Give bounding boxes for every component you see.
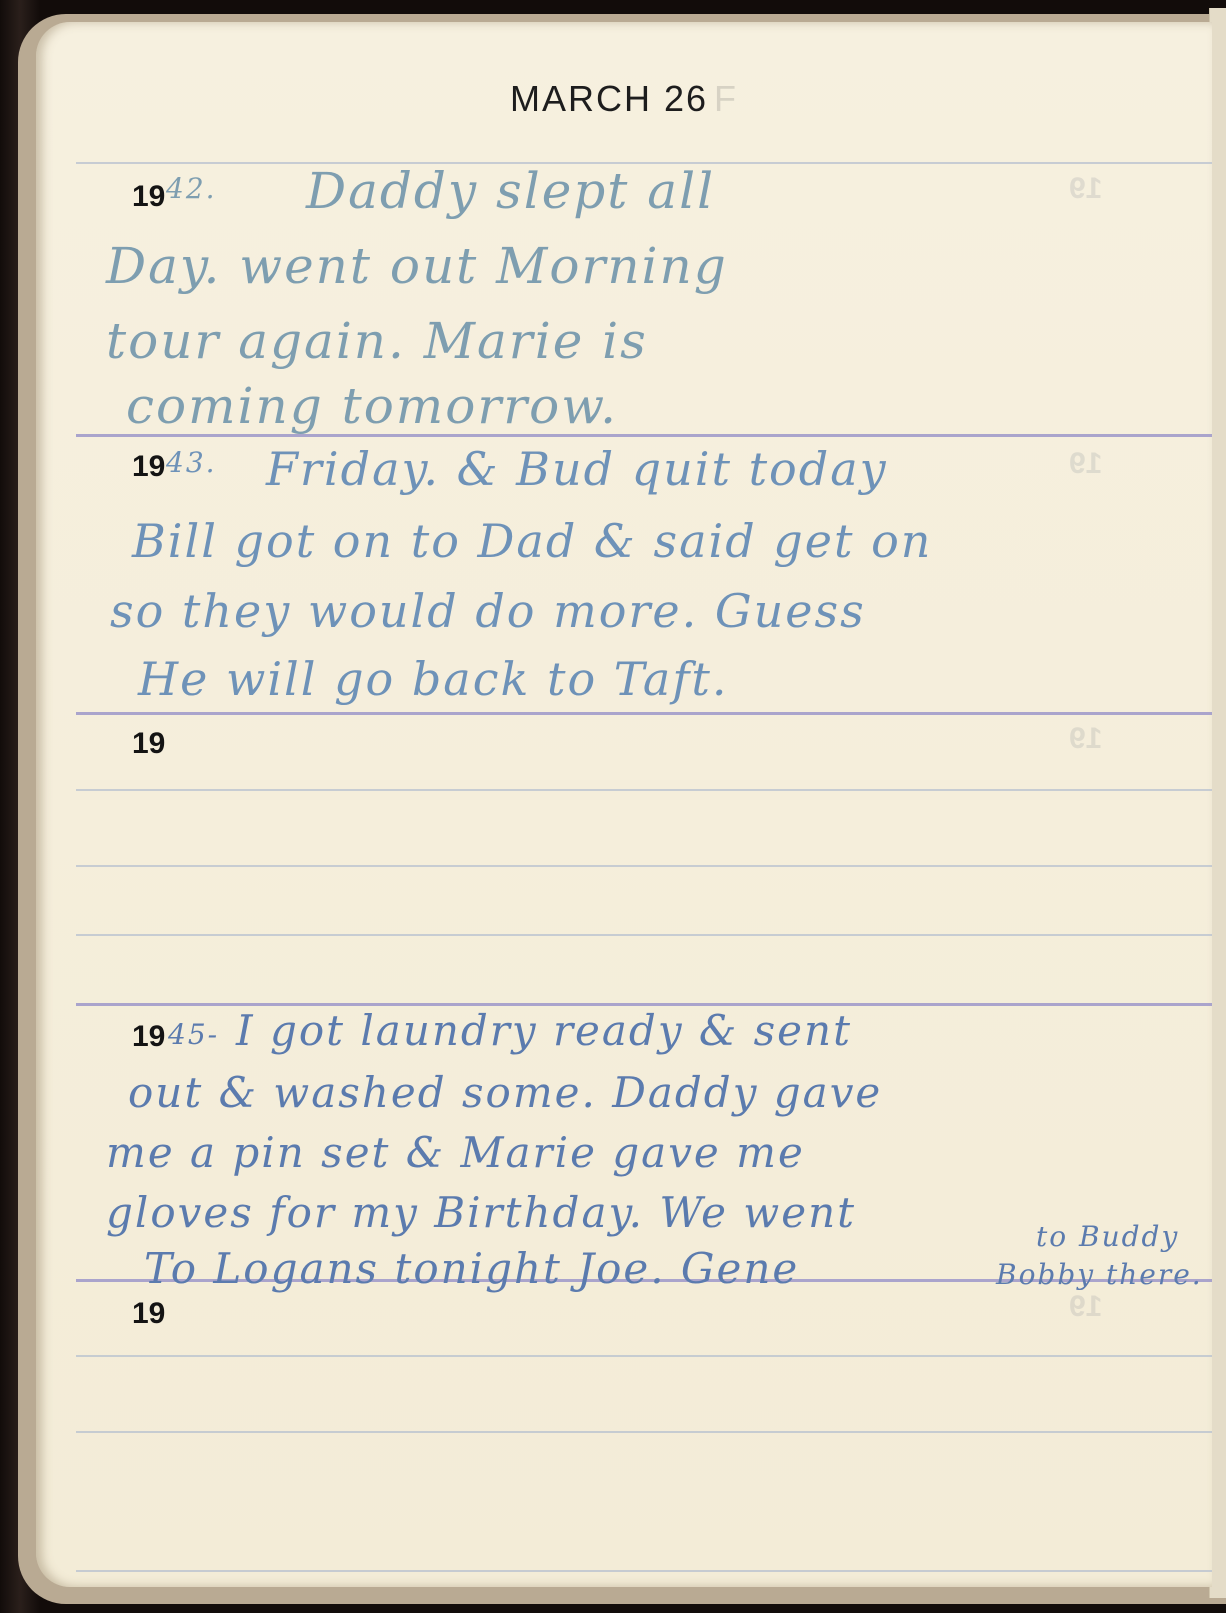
bleed-through-header: F [714, 78, 738, 119]
page-date-header: MARCH 26F [36, 78, 1212, 120]
year-label: 19 [132, 727, 165, 761]
year-suffix-handwritten: 42. [166, 172, 217, 205]
year-label: 19 [132, 450, 165, 484]
entry-subscript-note: Bobby there. [996, 1258, 1203, 1291]
bleed-through-year: 19 [1069, 447, 1102, 481]
ruled-line [76, 934, 1212, 936]
year-prefix: 19 [132, 180, 165, 213]
entry-line: I got laundry ready & sent [236, 1006, 852, 1055]
year-prefix: 19 [132, 727, 165, 760]
bleed-through-year: 19 [1069, 172, 1102, 206]
entry-line: Daddy slept all [306, 162, 715, 220]
section-divider [76, 712, 1212, 715]
ruled-line [76, 865, 1212, 867]
bleed-through-year: 19 [1069, 1290, 1102, 1324]
entry-line: tour again. Marie is [106, 312, 648, 370]
entry-line: Bill got on to Dad & said get on [132, 514, 932, 568]
entry-superscript-note: to Buddy [1036, 1220, 1179, 1253]
entry-line: coming tomorrow. [126, 377, 618, 435]
year-label: 19 [132, 1297, 165, 1331]
entry-line: so they would do more. Guess [110, 584, 866, 638]
year-prefix: 19 [132, 450, 165, 483]
year-prefix: 19 [132, 1020, 165, 1053]
entry-line: Friday. & Bud quit today [266, 442, 888, 496]
year-suffix-handwritten: 45- [168, 1018, 219, 1051]
ruled-line [76, 789, 1212, 791]
diary-page: MARCH 26F 19 19 19 19 19 42. Daddy slept… [36, 22, 1212, 1587]
year-label: 19 [132, 1020, 165, 1054]
entry-line: He will go back to Taft. [138, 652, 728, 706]
year-suffix-handwritten: 43. [166, 446, 217, 479]
date-label: MARCH 26 [510, 78, 708, 119]
bleed-through-year: 19 [1069, 722, 1102, 756]
ruled-line [76, 1355, 1212, 1357]
year-prefix: 19 [132, 1297, 165, 1330]
year-label: 19 [132, 180, 165, 214]
ruled-line [76, 1431, 1212, 1433]
entry-line: To Logans tonight Joe. Gene [144, 1244, 799, 1293]
entry-line: me a pin set & Marie gave me [106, 1128, 805, 1177]
entry-line: Day. went out Morning [106, 237, 728, 295]
entry-line: gloves for my Birthday. We went [106, 1188, 856, 1237]
ruled-line [76, 1570, 1212, 1572]
entry-line: out & washed some. Daddy gave [128, 1068, 882, 1117]
